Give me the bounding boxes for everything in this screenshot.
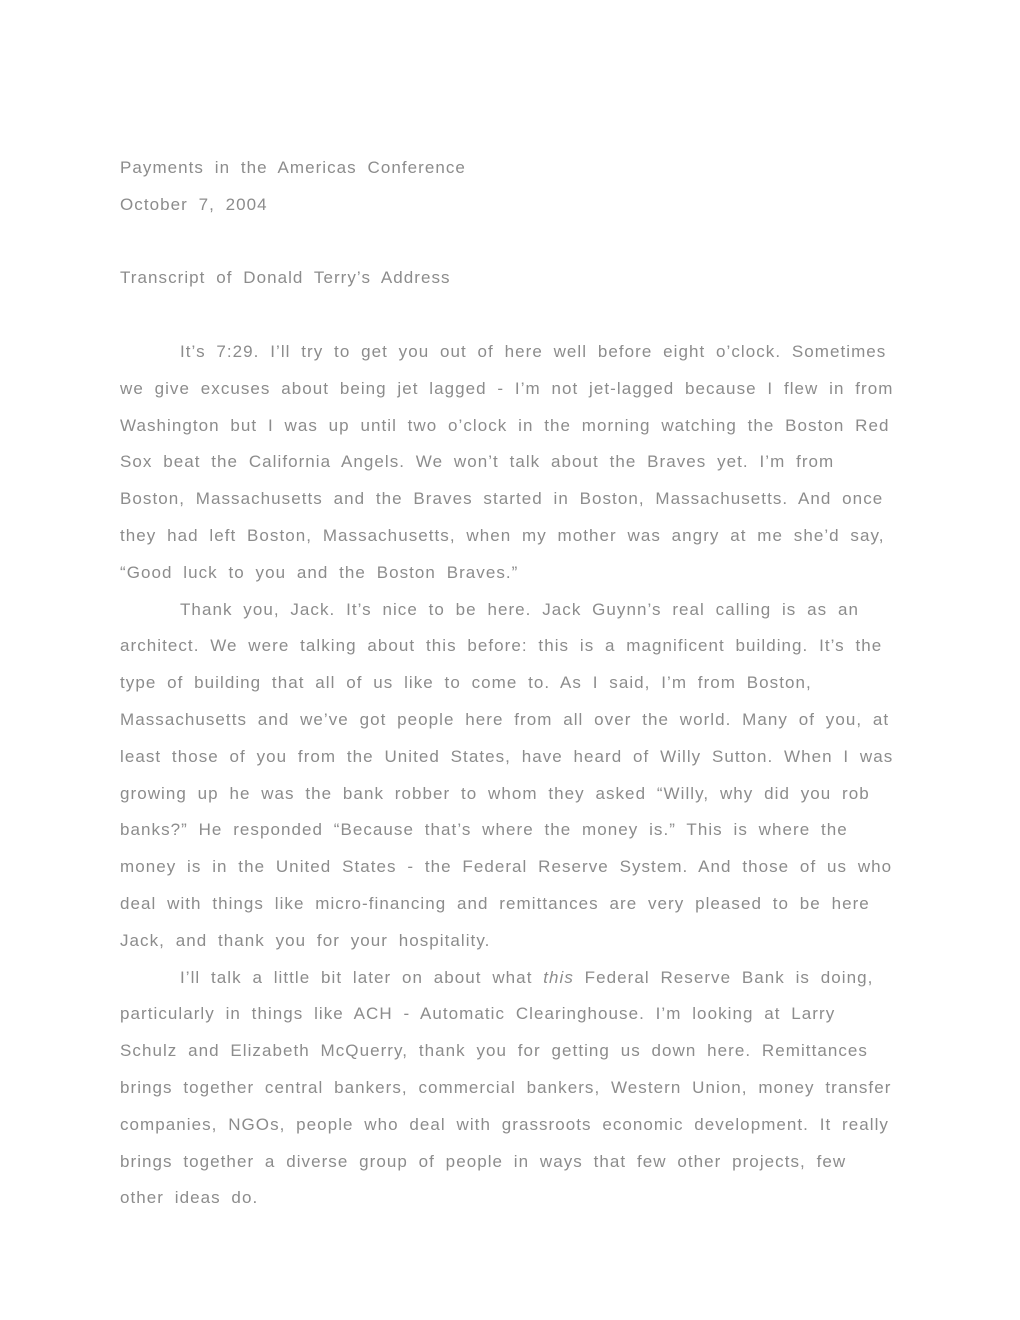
conference-title: Payments in the Americas Conference: [120, 150, 896, 187]
transcript-paragraph: It’s 7:29. I’ll try to get you out of he…: [120, 334, 896, 592]
document-page: Payments in the Americas Conference Octo…: [0, 0, 1020, 1320]
paragraph-text: Federal Reserve Bank is doing, particula…: [120, 968, 891, 1208]
paragraph-text: It’s 7:29. I’ll try to get you out of he…: [120, 342, 893, 582]
blank-line: [120, 297, 896, 334]
paragraph-text: I’ll talk a little bit later on about wh…: [180, 968, 543, 987]
document-content: Payments in the Americas Conference Octo…: [120, 0, 896, 1217]
blank-line: [120, 224, 896, 261]
transcript-subtitle: Transcript of Donald Terry’s Address: [120, 260, 896, 297]
conference-date: October 7, 2004: [120, 187, 896, 224]
transcript-paragraph: I’ll talk a little bit later on about wh…: [120, 960, 896, 1218]
emphasized-text: this: [543, 968, 574, 987]
transcript-paragraph: Thank you, Jack. It’s nice to be here. J…: [120, 592, 896, 960]
paragraph-text: Thank you, Jack. It’s nice to be here. J…: [120, 600, 893, 950]
transcript-body: It’s 7:29. I’ll try to get you out of he…: [120, 334, 896, 1217]
